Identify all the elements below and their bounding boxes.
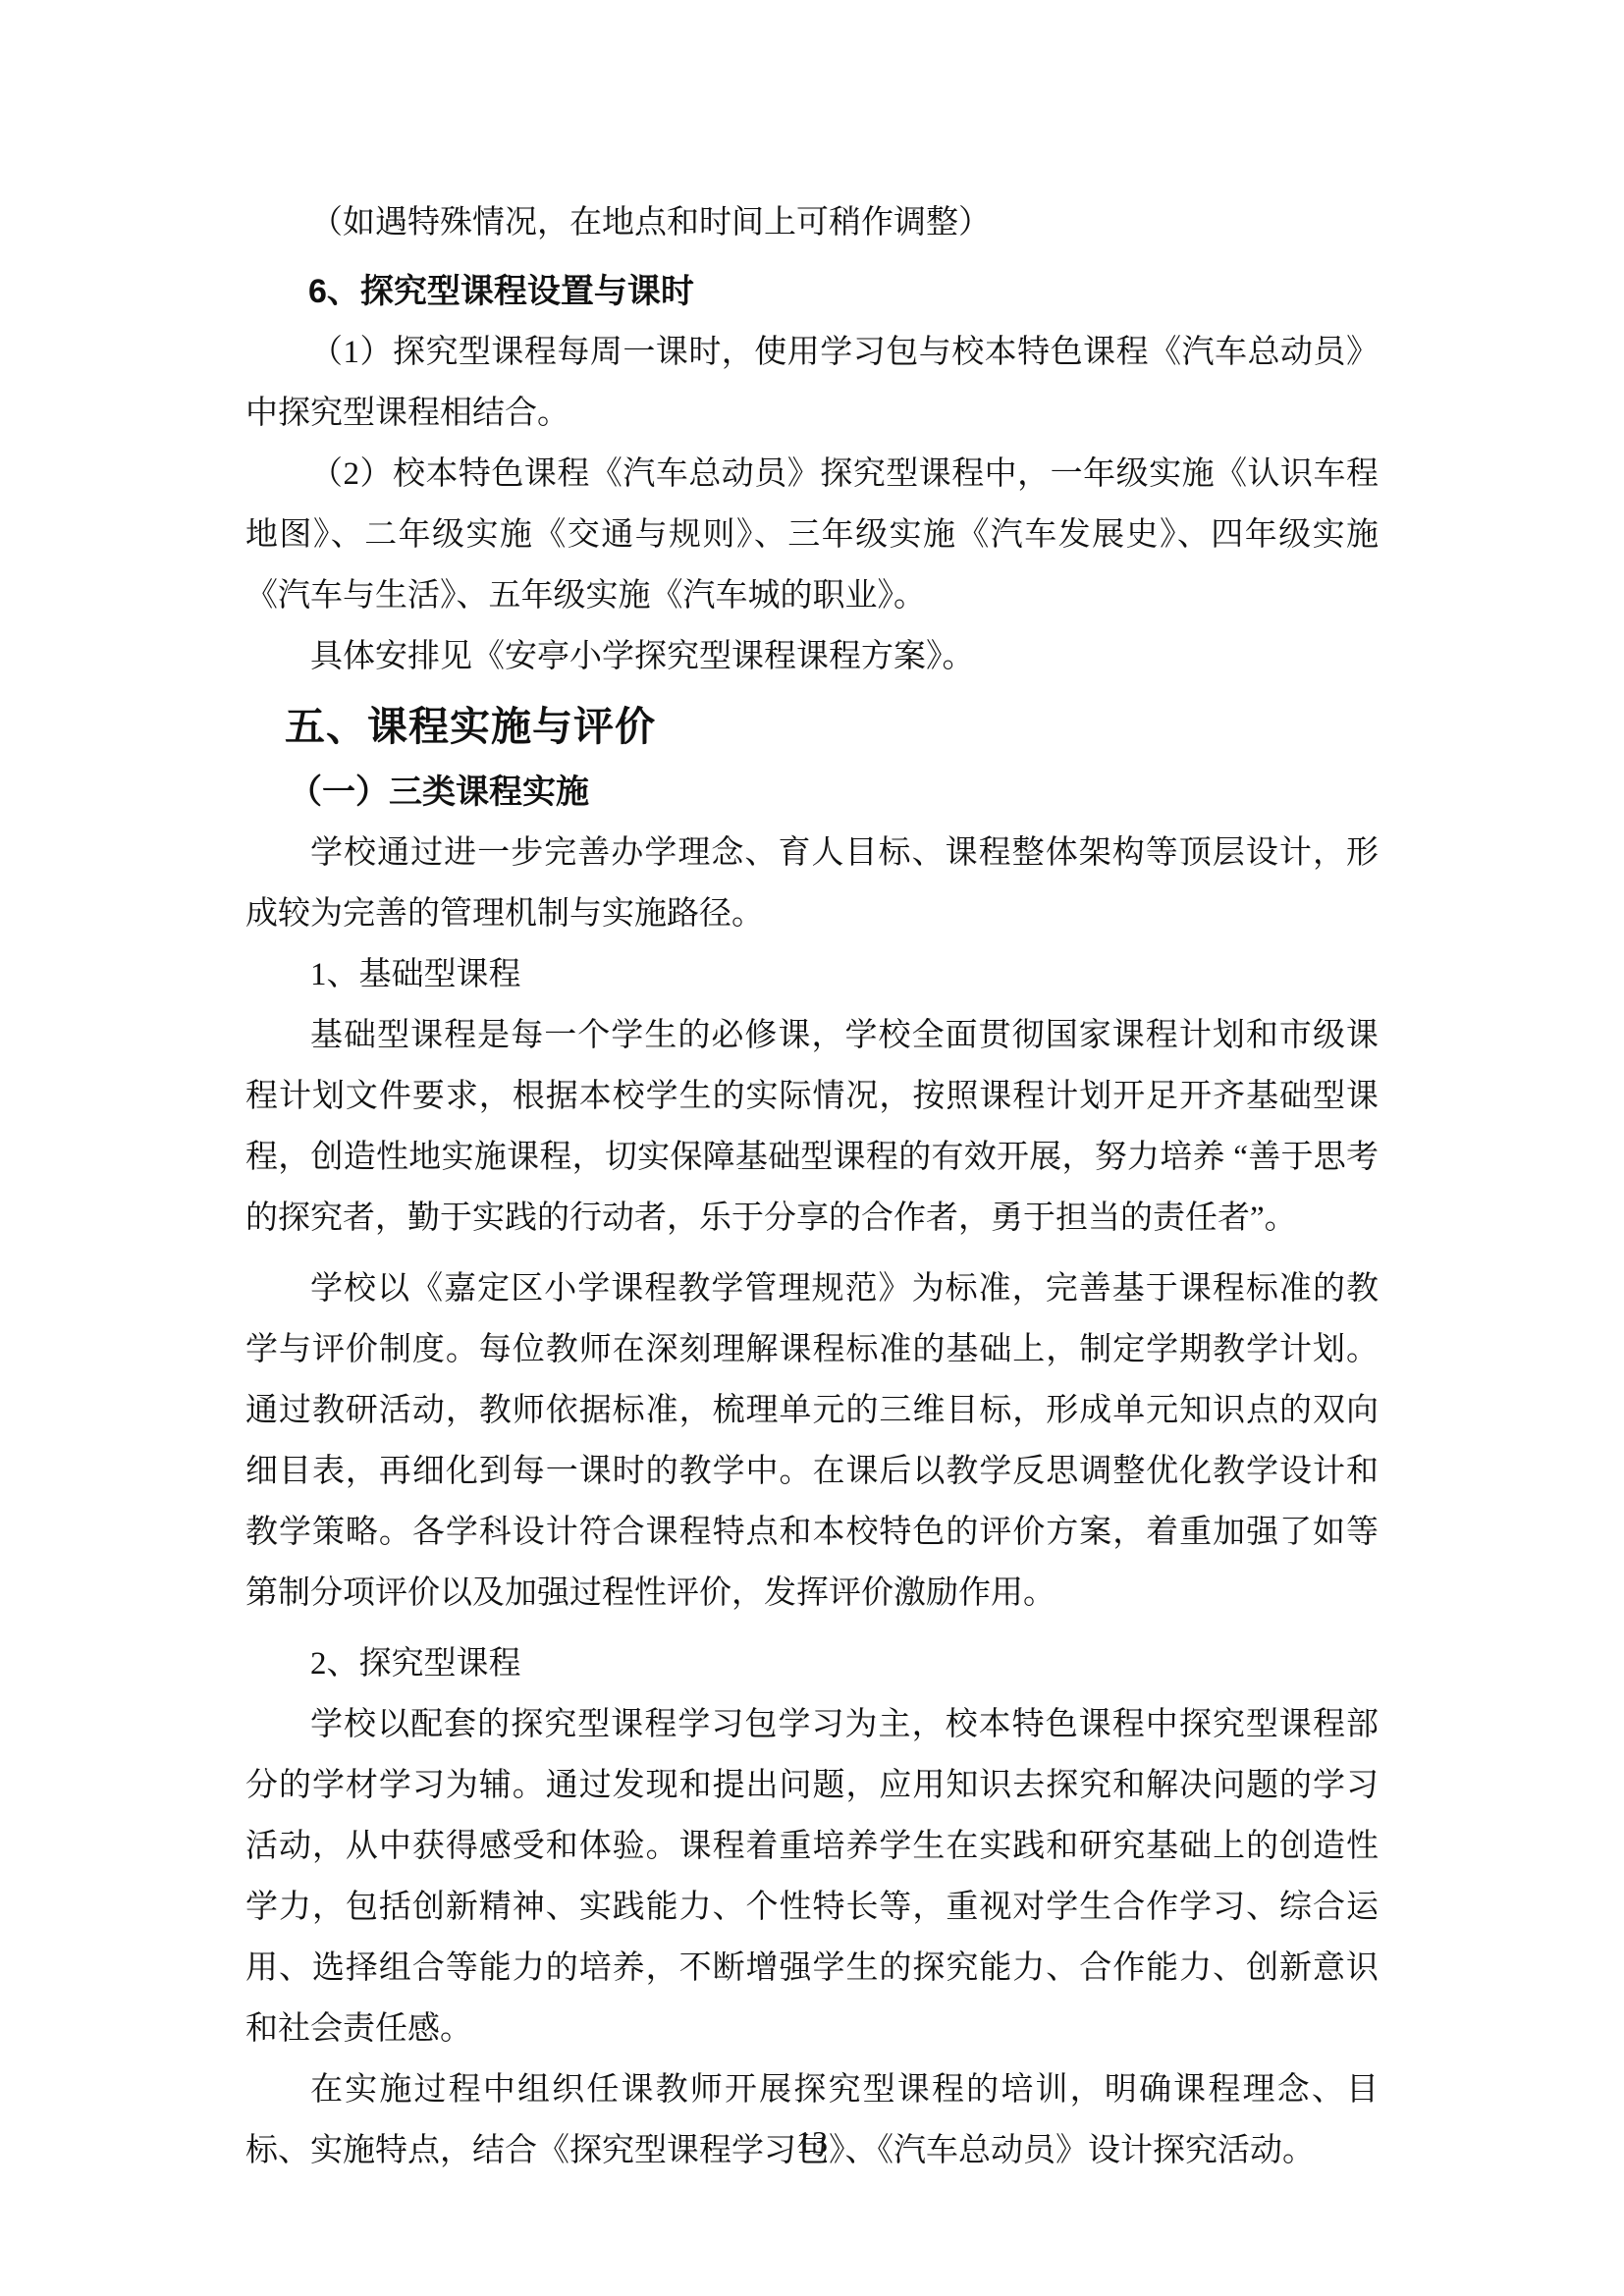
paragraph-4: （2）校本特色课程《汽车总动员》探究型课程中，一年级实施《认识车程地图》、二年级…: [245, 444, 1379, 626]
page-footer: 13: [0, 2122, 1624, 2162]
paragraph-12: 2、探究型课程: [245, 1633, 1379, 1694]
paragraph-13: 学校以配套的探究型课程学习包学习为主，校本特色课程中探究型课程部分的学材学习为辅…: [245, 1694, 1379, 2059]
paragraph-2: 6、探究型课程设置与课时: [245, 261, 1379, 322]
paragraph-5: 具体安排见《安亭小学探究型课程课程方案》。: [245, 626, 1379, 687]
paragraph-11: 学校以《嘉定区小学课程教学管理规范》为标准，完善基于课程标准的教学与评价制度。每…: [245, 1258, 1379, 1624]
paragraph-1: （如遇特殊情况，在地点和时间上可稍作调整）: [245, 192, 1379, 253]
paragraph-14: 在实施过程中组织任课教师开展探究型课程的培训，明确课程理念、目标、实施特点，结合…: [245, 2059, 1379, 2181]
paragraph-7: （一）三类课程实施: [245, 762, 1379, 823]
paragraph-8: 学校通过进一步完善办学理念、育人目标、课程整体架构等顶层设计，形成较为完善的管理…: [245, 823, 1379, 944]
document-page: （如遇特殊情况，在地点和时间上可稍作调整）6、探究型课程设置与课时（1）探究型课…: [0, 0, 1624, 2296]
document-body: （如遇特殊情况，在地点和时间上可稍作调整）6、探究型课程设置与课时（1）探究型课…: [245, 192, 1379, 2181]
page-number: 13: [796, 2124, 828, 2160]
paragraph-9: 1、基础型课程: [245, 944, 1379, 1005]
paragraph-10: 基础型课程是每一个学生的必修课，学校全面贯彻国家课程计划和市级课程计划文件要求，…: [245, 1005, 1379, 1249]
paragraph-6: 五、课程实施与评价: [245, 695, 1379, 758]
paragraph-3: （1）探究型课程每周一课时，使用学习包与校本特色课程《汽车总动员》中探究型课程相…: [245, 322, 1379, 444]
